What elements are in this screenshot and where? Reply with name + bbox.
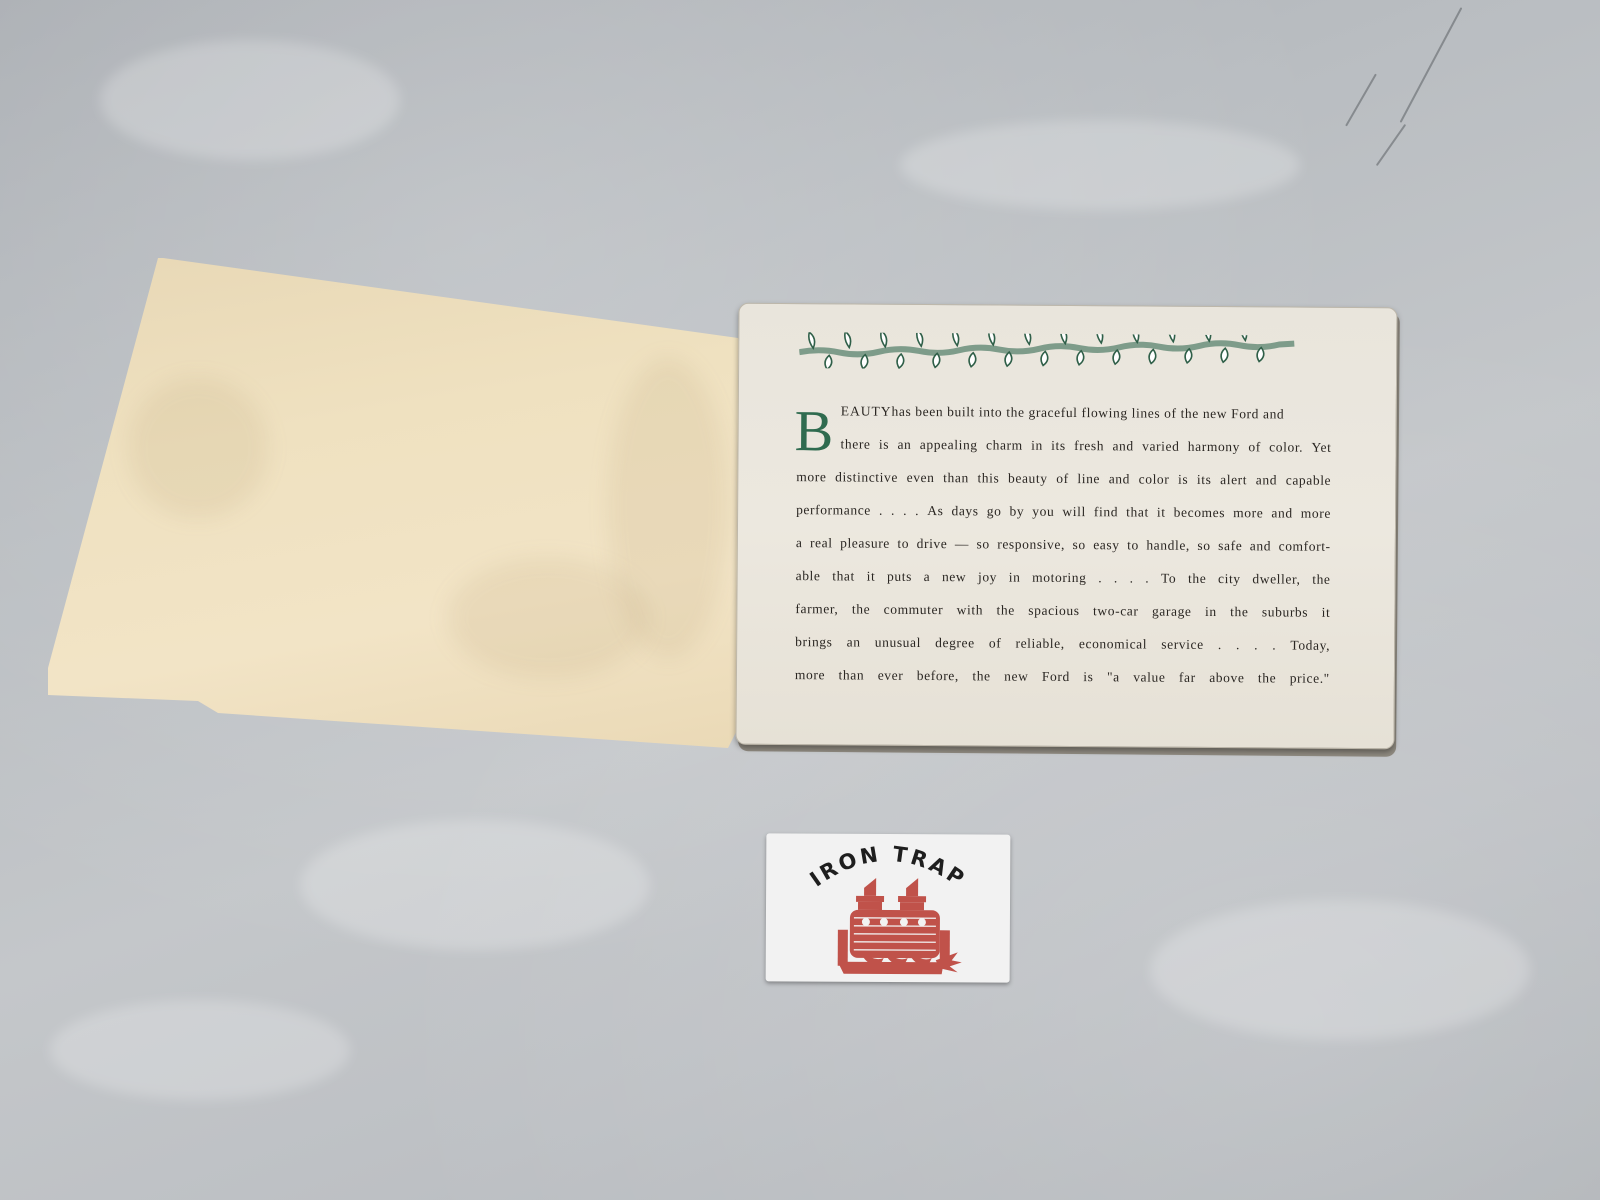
iron-trap-business-card: IRON TRAP	[766, 833, 1011, 982]
text-line: ablethatitputsanewjoyinmotoring....Tothe…	[796, 559, 1331, 596]
text-line: bringsanunusualdegreeofreliable,economic…	[795, 625, 1330, 662]
text-line: morethaneverbefore,thenewFordis"avaluefa…	[795, 658, 1330, 695]
ad-copy: B EAUTY has been built into the graceful…	[795, 394, 1332, 695]
blank-back-cover	[48, 258, 748, 748]
text-line: thereisanappealingcharminitsfreshandvari…	[796, 427, 1331, 464]
drop-cap: B	[794, 402, 834, 460]
text-line: arealpleasuretodrive—soresponsive,soeasy…	[796, 526, 1331, 563]
text-line: performance....Asdaysgobyyouwillfindthat…	[796, 493, 1331, 530]
brochure-text-page: B EAUTY has been built into the graceful…	[735, 303, 1397, 750]
flathead-engine-icon	[824, 870, 965, 979]
text-line: EAUTY has been built into the graceful f…	[797, 394, 1332, 431]
text-line: moredistinctiveeventhanthisbeautyoflinea…	[796, 460, 1331, 497]
text-line: farmer,thecommuterwiththespacioustwo-car…	[795, 592, 1330, 629]
vine-ornament-icon	[799, 332, 1299, 371]
